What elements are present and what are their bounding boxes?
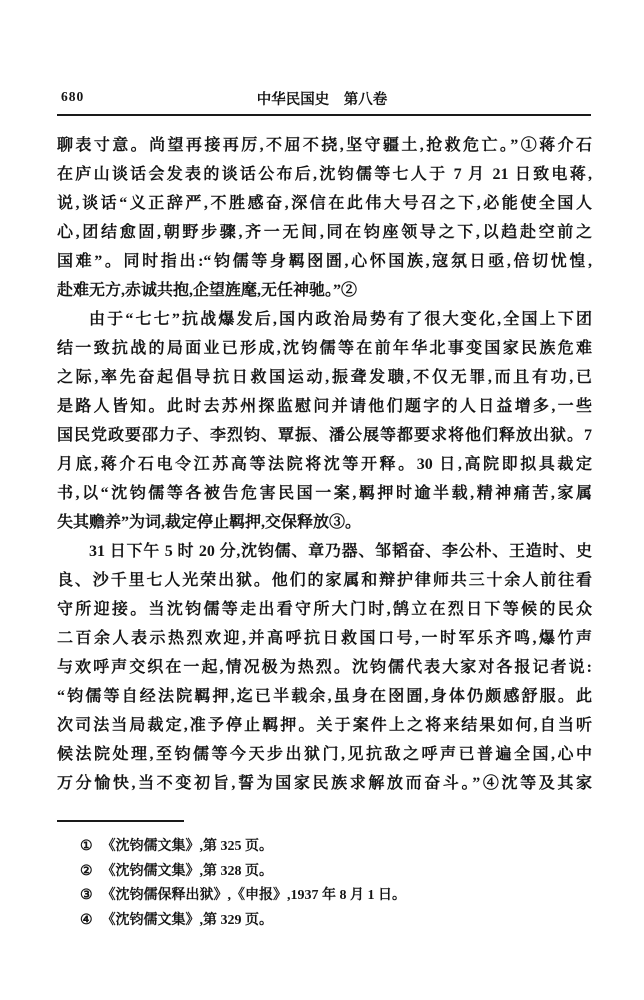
text-line: 之际,率先奋起倡导抗日救国运动,振聋发聩,不仅无罪,而且有功,已 (57, 363, 592, 392)
text-line: 月底,蒋介石电令江苏高等法院将沈等开释。30 日,高院即拟具裁定 (57, 450, 592, 479)
text-line: “钧儒等自经法院羁押,迄已半载余,虽身在囹圄,身体仍颇感舒服。此 (57, 682, 592, 711)
body-text: 聊表寸意。尚望再接再厉,不屈不挠,坚守疆土,抢救危亡。”①蒋介石 在庐山谈话会发… (57, 131, 592, 798)
footnote-text: 《沈钧儒文集》,第 325 页。 (102, 839, 274, 854)
running-head-title: 中华民国史 第八卷 (0, 88, 644, 109)
text-line: 万分愉快,当不变初旨,誓为国家民族求解放而奋斗。”④沈等及其家 (57, 769, 592, 798)
text-line: 聊表寸意。尚望再接再厉,不屈不挠,坚守疆土,抢救危亡。”①蒋介石 (57, 131, 592, 160)
text-line: 是路人皆知。此时去苏州探监慰问并请他们题字的人日益增多,一些 (57, 392, 592, 421)
text-line: 赴难无方,赤诚共抱,企望旌麾,无任神驰。”② (57, 276, 592, 305)
text-line: 与欢呼声交织在一起,情况极为热烈。沈钧儒代表大家对各报记者说: (57, 653, 592, 682)
text-line: 国难”。同时指出:“钧儒等身羁囹圄,心怀国族,寇氛日亟,倍切忧惶, (57, 247, 592, 276)
text-line: 结一致抗战的局面业已形成,沈钧儒等在前年华北事变国家民族危难 (57, 334, 592, 363)
text-line: 心,团结愈固,朝野步骤,齐一无间,同在钧座领导之下,以趋赴空前之 (57, 218, 592, 247)
text-line: 说,谈话“义正辞严,不胜感奋,深信在此伟大号召之下,必能使全国人 (57, 189, 592, 218)
text-line: 国民党政要邵力子、李烈钧、覃振、潘公展等都要求将他们释放出狱。7 (57, 421, 592, 450)
footnote-text: 《沈钧儒文集》,第 329 页。 (102, 913, 274, 928)
footnote-text: 《沈钧儒保释出狱》,《申报》,1937 年 8 月 1 日。 (102, 888, 407, 903)
text-line: 31 日下午 5 时 20 分,沈钧儒、章乃器、邹韬奋、李公朴、王造时、史 (57, 537, 592, 566)
footnote-text: 《沈钧儒文集》,第 328 页。 (102, 864, 274, 879)
text-line: 书,以“沈钧儒等各被告危害民国一案,羁押时逾半载,精神痛苦,家属 (57, 479, 592, 508)
footnote: ①《沈钧儒文集》,第 325 页。 (57, 835, 592, 860)
footnotes-section: ①《沈钧儒文集》,第 325 页。 ②《沈钧儒文集》,第 328 页。 ③《沈钧… (57, 820, 592, 934)
footnote-marker: ③ (80, 888, 93, 903)
footnote-marker: ② (80, 864, 93, 879)
header-rule (57, 114, 591, 116)
footnote-list: ①《沈钧儒文集》,第 325 页。 ②《沈钧儒文集》,第 328 页。 ③《沈钧… (57, 835, 592, 934)
text-line: 守所迎接。当沈钧儒等走出看守所大门时,鹄立在烈日下等候的民众 (57, 595, 592, 624)
footnote-marker: ① (80, 839, 93, 854)
footnote-marker: ④ (80, 913, 93, 928)
text-line: 二百余人表示热烈欢迎,并高呼抗日救国口号,一时军乐齐鸣,爆竹声 (57, 624, 592, 653)
text-line: 在庐山谈话会发表的谈话公布后,沈钧儒等七人于 7 月 21 日致电蒋, (57, 160, 592, 189)
book-page: 680 中华民国史 第八卷 聊表寸意。尚望再接再厉,不屈不挠,坚守疆土,抢救危亡… (0, 0, 644, 1000)
text-line: 由于“七七”抗战爆发后,国内政治局势有了很大变化,全国上下团 (57, 305, 592, 334)
footnote: ③《沈钧儒保释出狱》,《申报》,1937 年 8 月 1 日。 (57, 884, 592, 909)
text-line: 良、沙千里七人光荣出狱。他们的家属和辩护律师共三十余人前往看 (57, 566, 592, 595)
text-line: 次司法当局裁定,准予停止羁押。关于案件上之将来结果如何,自当听 (57, 711, 592, 740)
text-line: 失其赡养”为词,裁定停止羁押,交保释放③。 (57, 508, 592, 537)
footnote: ④《沈钧儒文集》,第 329 页。 (57, 909, 592, 934)
footnote-separator (57, 820, 184, 822)
text-line: 候法院处理,至钧儒等今天步出狱门,见抗敌之呼声已普遍全国,心中 (57, 740, 592, 769)
footnote: ②《沈钧儒文集》,第 328 页。 (57, 860, 592, 885)
